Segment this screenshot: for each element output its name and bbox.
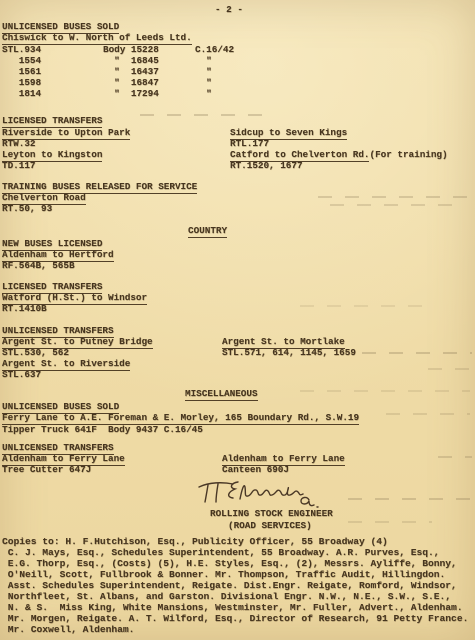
pencil-smudge [428,368,472,370]
fleet-numbers: RF.564B, 565B [2,260,75,271]
pencil-smudge [300,305,430,307]
copies-line: O'Neill, Scott, Fullbrook & Bonner. Mr. … [2,569,445,580]
fleet-numbers: RT.1520, 1677 [230,160,303,171]
pencil-smudge [140,114,272,116]
pencil-smudge [438,456,472,458]
vehicle-detail: Tipper Truck 641F Body 9437 C.16/45 [2,424,203,435]
route-chiswick-to-north: Chiswick to W. North of Leeds Ltd. [2,32,192,45]
pencil-smudge [330,204,465,206]
route-note: (For training) [369,149,447,160]
copies-line: C. J. Mays, Esq., Schedules Superintende… [2,547,440,558]
licence-ref: " [195,55,212,66]
section-heading-licensed-transfers: LICENSED TRANSFERS [2,115,102,128]
body-number: " 16845 [103,55,159,66]
copies-line: Northfleet, St. Albans, and Garston. Div… [2,591,451,602]
copies-line: Asst. Schedules Superintendent, Reigate.… [2,580,457,591]
route-ferry-lane-sale: Ferry Lane to A.E. Foreman & E. Morley, … [2,412,359,425]
fleet-number: 1598 [2,77,41,88]
part-heading-miscellaneous: MISCELLANEOUS [185,388,258,401]
table-row: 1561 " 16437 " [0,66,475,77]
page-number: - 2 - [215,4,243,15]
fleet-numbers: STL.637 [2,369,41,380]
pencil-smudge [362,352,472,354]
signatory-subtitle: (ROAD SERVICES) [228,520,312,531]
fleet-numbers: RT.50, 93 [2,203,52,214]
copies-line: N. & S. Miss King, White Mansions, Westm… [2,602,463,613]
fleet-numbers: STL.530, 562 [2,347,69,358]
fleet-numbers: RTW.32 [2,138,35,149]
copies-line: Copies to: H. F.Hutchison, Esq., Publici… [2,536,388,547]
signature-handwriting [193,476,351,510]
copies-line: Mr. Coxwell, Aldenham. [2,624,134,635]
fleet-numbers: RTL.177 [230,138,269,149]
body-number: " 17294 [103,88,159,99]
vehicle-detail: Tree Cutter 647J [2,464,91,475]
vehicle-detail: Canteen 690J [222,464,289,475]
fleet-numbers: TD.117 [2,160,35,171]
fleet-numbers: RT.1410B [2,303,47,314]
table-row: STL.934 Body 15228 C.16/42 [0,44,475,55]
pencil-smudge [300,390,470,392]
copies-line: Mr. Morgen, Reigate. A. T. Wilford, Esq.… [2,613,468,624]
scanned-document-page: - 2 - UNLICENSED BUSES SOLD Chiswick to … [0,0,475,640]
body-number: " 16437 [103,66,159,77]
licence-ref: " [195,77,212,88]
fleet-number: 1561 [2,66,41,77]
fleet-number: STL.934 [2,44,41,55]
licence-ref: C.16/42 [195,44,234,55]
copies-line: E.G. Thorp, Esq., (Costs) (5), H.E. Styl… [2,558,457,569]
pencil-smudge [348,521,432,523]
fleet-number: 1554 [2,55,41,66]
licence-ref: " [195,88,212,99]
table-row: 1814 " 17294 " [0,88,475,99]
body-number: Body 15228 [103,44,159,55]
signatory-title: ROLLING STOCK ENGINEER [210,508,333,519]
fleet-numbers: STL.571, 614, 1145, 1659 [222,347,356,358]
licence-ref: " [195,66,212,77]
fleet-number: 1814 [2,88,41,99]
body-number: " 16847 [103,77,159,88]
pencil-smudge [348,498,470,500]
pencil-smudge [386,413,470,415]
table-row: 1598 " 16847 " [0,77,475,88]
part-heading-country: COUNTRY [188,225,227,238]
table-row: 1554 " 16845 " [0,55,475,66]
pencil-smudge [318,196,470,198]
